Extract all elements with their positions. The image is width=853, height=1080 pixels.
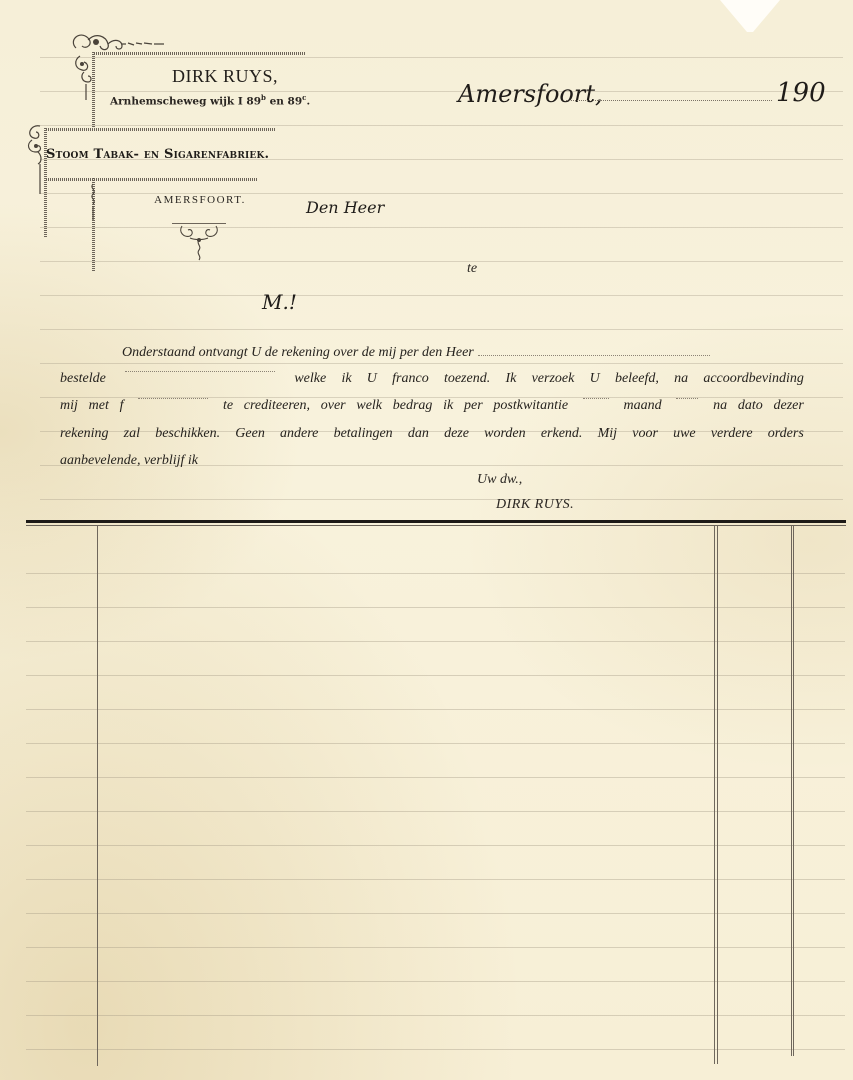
body-word: toezend. — [444, 371, 490, 387]
invoice-page: DIRK RUYS, Arnhemscheweg wijk I 89b en 8… — [0, 0, 853, 1080]
body-word: beschikken. — [155, 426, 220, 442]
bottom-flourish-ornament-icon — [176, 224, 222, 262]
table-column-divider-left — [97, 526, 98, 1066]
company-name: DIRK RUYS, — [150, 66, 300, 87]
signature: DIRK RUYS. — [496, 497, 574, 513]
body-word: beleefd, — [615, 371, 659, 387]
amount-field[interactable] — [138, 398, 208, 399]
body-word: Mij — [598, 426, 617, 442]
body-word: betalingen — [334, 426, 393, 442]
body-word: f — [120, 398, 124, 414]
body-word: dato — [738, 398, 763, 414]
body-line-4: rekening zal beschikken. Geen andere bet… — [60, 426, 804, 442]
table-column-divider-amount-2a — [791, 526, 792, 1056]
body-word: maand — [624, 398, 662, 414]
customer-name-field[interactable] — [478, 355, 710, 356]
body-word: crediteeren, — [244, 398, 310, 414]
body-word: U — [367, 371, 377, 387]
body-word: zal — [124, 426, 140, 442]
closing-greeting: Uw dw., — [477, 472, 522, 488]
body-word: welk — [356, 398, 382, 414]
table-column-divider-amount-2b — [793, 526, 794, 1056]
salutation: M.! — [262, 290, 297, 314]
date-place: Amersfoort, — [458, 80, 603, 108]
body-word: voor — [632, 426, 658, 442]
body-word: na — [674, 371, 688, 387]
body-word: U — [590, 371, 600, 387]
body-word: worden — [484, 426, 525, 442]
body-word: te — [223, 398, 233, 414]
body-word: welke — [294, 371, 326, 387]
body-word: uwe — [673, 426, 696, 442]
table-header-rule — [26, 520, 846, 523]
body-text: Onderstaand ontvangt U de rekening over … — [122, 345, 474, 360]
body-word: verdere — [711, 426, 753, 442]
month-field[interactable] — [676, 398, 698, 399]
body-word: verzoek — [532, 371, 575, 387]
body-line-3: mij met f te crediteeren, over welk bedr… — [60, 398, 804, 414]
body-word: ik — [443, 398, 453, 414]
body-word: andere — [280, 426, 318, 442]
table-column-divider-amount-1b — [717, 526, 718, 1064]
body-word: accoordbevinding — [703, 371, 804, 387]
body-word: postkwitantie — [493, 398, 568, 414]
body-line-1: Onderstaand ontvangt U de rekening over … — [122, 345, 714, 361]
body-word: Ik — [505, 371, 516, 387]
address-text: . — [306, 96, 310, 108]
body-word: Geen — [235, 426, 265, 442]
body-word: rekening — [60, 426, 108, 442]
body-word: over — [321, 398, 346, 414]
company-city: AMERSFOORT. — [145, 194, 255, 206]
address-text: en 89 — [266, 96, 302, 108]
body-word: franco — [392, 371, 429, 387]
letterhead-border-lower — [46, 178, 258, 181]
body-word: dan — [408, 426, 429, 442]
address-text: Arnhemscheweg wijk I 89 — [110, 96, 261, 108]
body-word: dezer — [774, 398, 804, 414]
body-word: met — [89, 398, 109, 414]
body-word: per — [464, 398, 483, 414]
ordered-items-field[interactable] — [125, 371, 275, 372]
addressee-label: Den Heer — [306, 198, 384, 217]
body-line-5: aanbevelende, verblijf ik — [60, 453, 198, 469]
company-address: Arnhemscheweg wijk I 89b en 89c. — [110, 93, 330, 108]
body-word: bedrag — [393, 398, 433, 414]
body-word: deze — [444, 426, 469, 442]
body-line-2: bestelde welke ik U franco toezend. Ik v… — [60, 371, 804, 387]
body-word: ik — [341, 371, 351, 387]
date-fill-in-field[interactable] — [566, 100, 772, 101]
letterhead-border-middle — [46, 128, 276, 131]
body-word: mij — [60, 398, 78, 414]
body-word: orders — [768, 426, 804, 442]
company-trade-description: Stoom Tabak- en Sigarenfabriek. — [46, 147, 286, 162]
invoice-items-table[interactable] — [26, 526, 846, 1066]
date-year-prefix: 190 — [776, 78, 826, 108]
body-word: bestelde — [60, 371, 106, 387]
small-vertical-ornament-icon — [84, 182, 102, 222]
addressee-location-prefix: te — [467, 261, 477, 277]
body-word: erkend. — [541, 426, 583, 442]
body-word: na — [713, 398, 727, 414]
table-column-divider-amount-1a — [714, 526, 715, 1064]
postal-receipt-field[interactable] — [583, 398, 609, 399]
